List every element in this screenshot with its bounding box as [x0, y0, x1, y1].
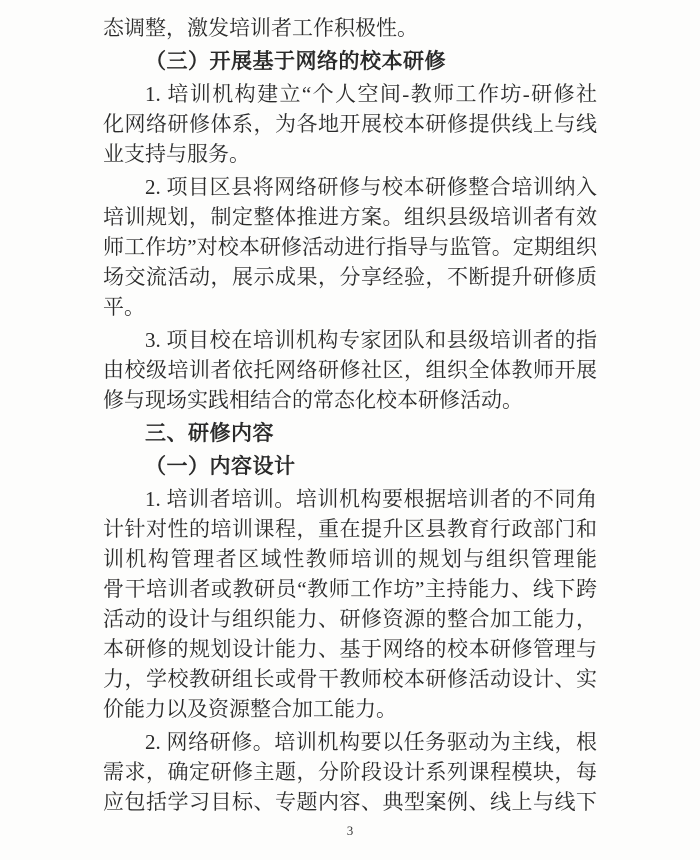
text-line: 业支持与服务。 — [103, 139, 597, 169]
document-text-block: 态调整，激发培训者工作积极性。（三）开展基于网络的校本研修1. 培训机构建立“个… — [103, 13, 597, 817]
text-line: 价能力以及资源整合加工能力。 — [103, 694, 597, 724]
scanned-document-page: 态调整，激发培训者工作积极性。（三）开展基于网络的校本研修1. 培训机构建立“个… — [0, 0, 700, 860]
text-line: 应包括学习目标、专题内容、典型案例、线上与线下研修活 — [103, 787, 597, 817]
text-line: 由校级培训者依托网络研修社区，组织全体教师开展网络研 — [103, 355, 597, 385]
text-line: 力，学校教研组长或骨干教师校本研修活动设计、实施与评 — [103, 664, 597, 694]
paragraph: 1. 培训者培训。培训机构要根据培训者的不同角色，设计针对性的培训课程，重在提升… — [103, 484, 597, 724]
text-line: 3. 项目校在培训机构专家团队和县级培训者的指导下， — [103, 325, 597, 355]
text-line: 2. 网络研修。培训机构要以任务驱动为主线，根据各地 — [103, 727, 597, 757]
text-line: 骨干培训者或教研员“教师工作坊”主持能力、线下跨校研修 — [103, 574, 597, 604]
text-line: 本研修的规划设计能力、基于网络的校本研修管理与评价能 — [103, 634, 597, 664]
section-heading: 三、研修内容 — [103, 418, 597, 448]
paragraph: 1. 培训机构建立“个人空间-教师工作坊-研修社区”一体化网络研修体系，为各地开… — [103, 79, 597, 169]
page-number: 3 — [347, 823, 354, 838]
text-line: 平。 — [103, 292, 597, 322]
page-footer: 3 — [0, 822, 700, 840]
paragraph: 态调整，激发培训者工作积极性。 — [103, 13, 597, 43]
text-line: （一）内容设计 — [103, 451, 597, 481]
section-heading: （一）内容设计 — [103, 451, 597, 481]
text-line: 1. 培训者培训。培训机构要根据培训者的不同角色，设 — [103, 484, 597, 514]
text-line: 化网络研修体系，为各地开展校本研修提供线上与线下的专 — [103, 109, 597, 139]
text-line: 师工作坊”对校本研修活动进行指导与监管。定期组织跨校现 — [103, 232, 597, 262]
text-line: 修与现场实践相结合的常态化校本研修活动。 — [103, 385, 597, 415]
text-line: 计针对性的培训课程，重在提升区县教育行政部门和教师培 — [103, 514, 597, 544]
text-line: 2. 项目区县将网络研修与校本研修整合培训纳入县级 — [103, 172, 597, 202]
text-line: 三、研修内容 — [103, 418, 597, 448]
text-line: 1. 培训机构建立“个人空间-教师工作坊-研修社区”一体 — [103, 79, 597, 109]
text-line: 态调整，激发培训者工作积极性。 — [103, 13, 597, 43]
paragraph: 3. 项目校在培训机构专家团队和县级培训者的指导下，由校级培训者依托网络研修社区… — [103, 325, 597, 415]
text-line: 培训规划，制定整体推进方案。组织县级培训者有效利用“教 — [103, 202, 597, 232]
text-line: 活动的设计与组织能力、研修资源的整合加工能力，校长校 — [103, 604, 597, 634]
text-line: 场交流活动，展示成果，分享经验，不断提升研修质量与水 — [103, 262, 597, 292]
paragraph: 2. 网络研修。培训机构要以任务驱动为主线，根据各地需求，确定研修主题，分阶段设… — [103, 727, 597, 817]
paragraph: 2. 项目区县将网络研修与校本研修整合培训纳入县级培训规划，制定整体推进方案。组… — [103, 172, 597, 322]
text-line: 需求，确定研修主题，分阶段设计系列课程模块，每个模块 — [103, 757, 597, 787]
text-line: 训机构管理者区域性教师培训的规划与组织管理能力，学科 — [103, 544, 597, 574]
text-line: （三）开展基于网络的校本研修 — [103, 46, 597, 76]
section-heading: （三）开展基于网络的校本研修 — [103, 46, 597, 76]
